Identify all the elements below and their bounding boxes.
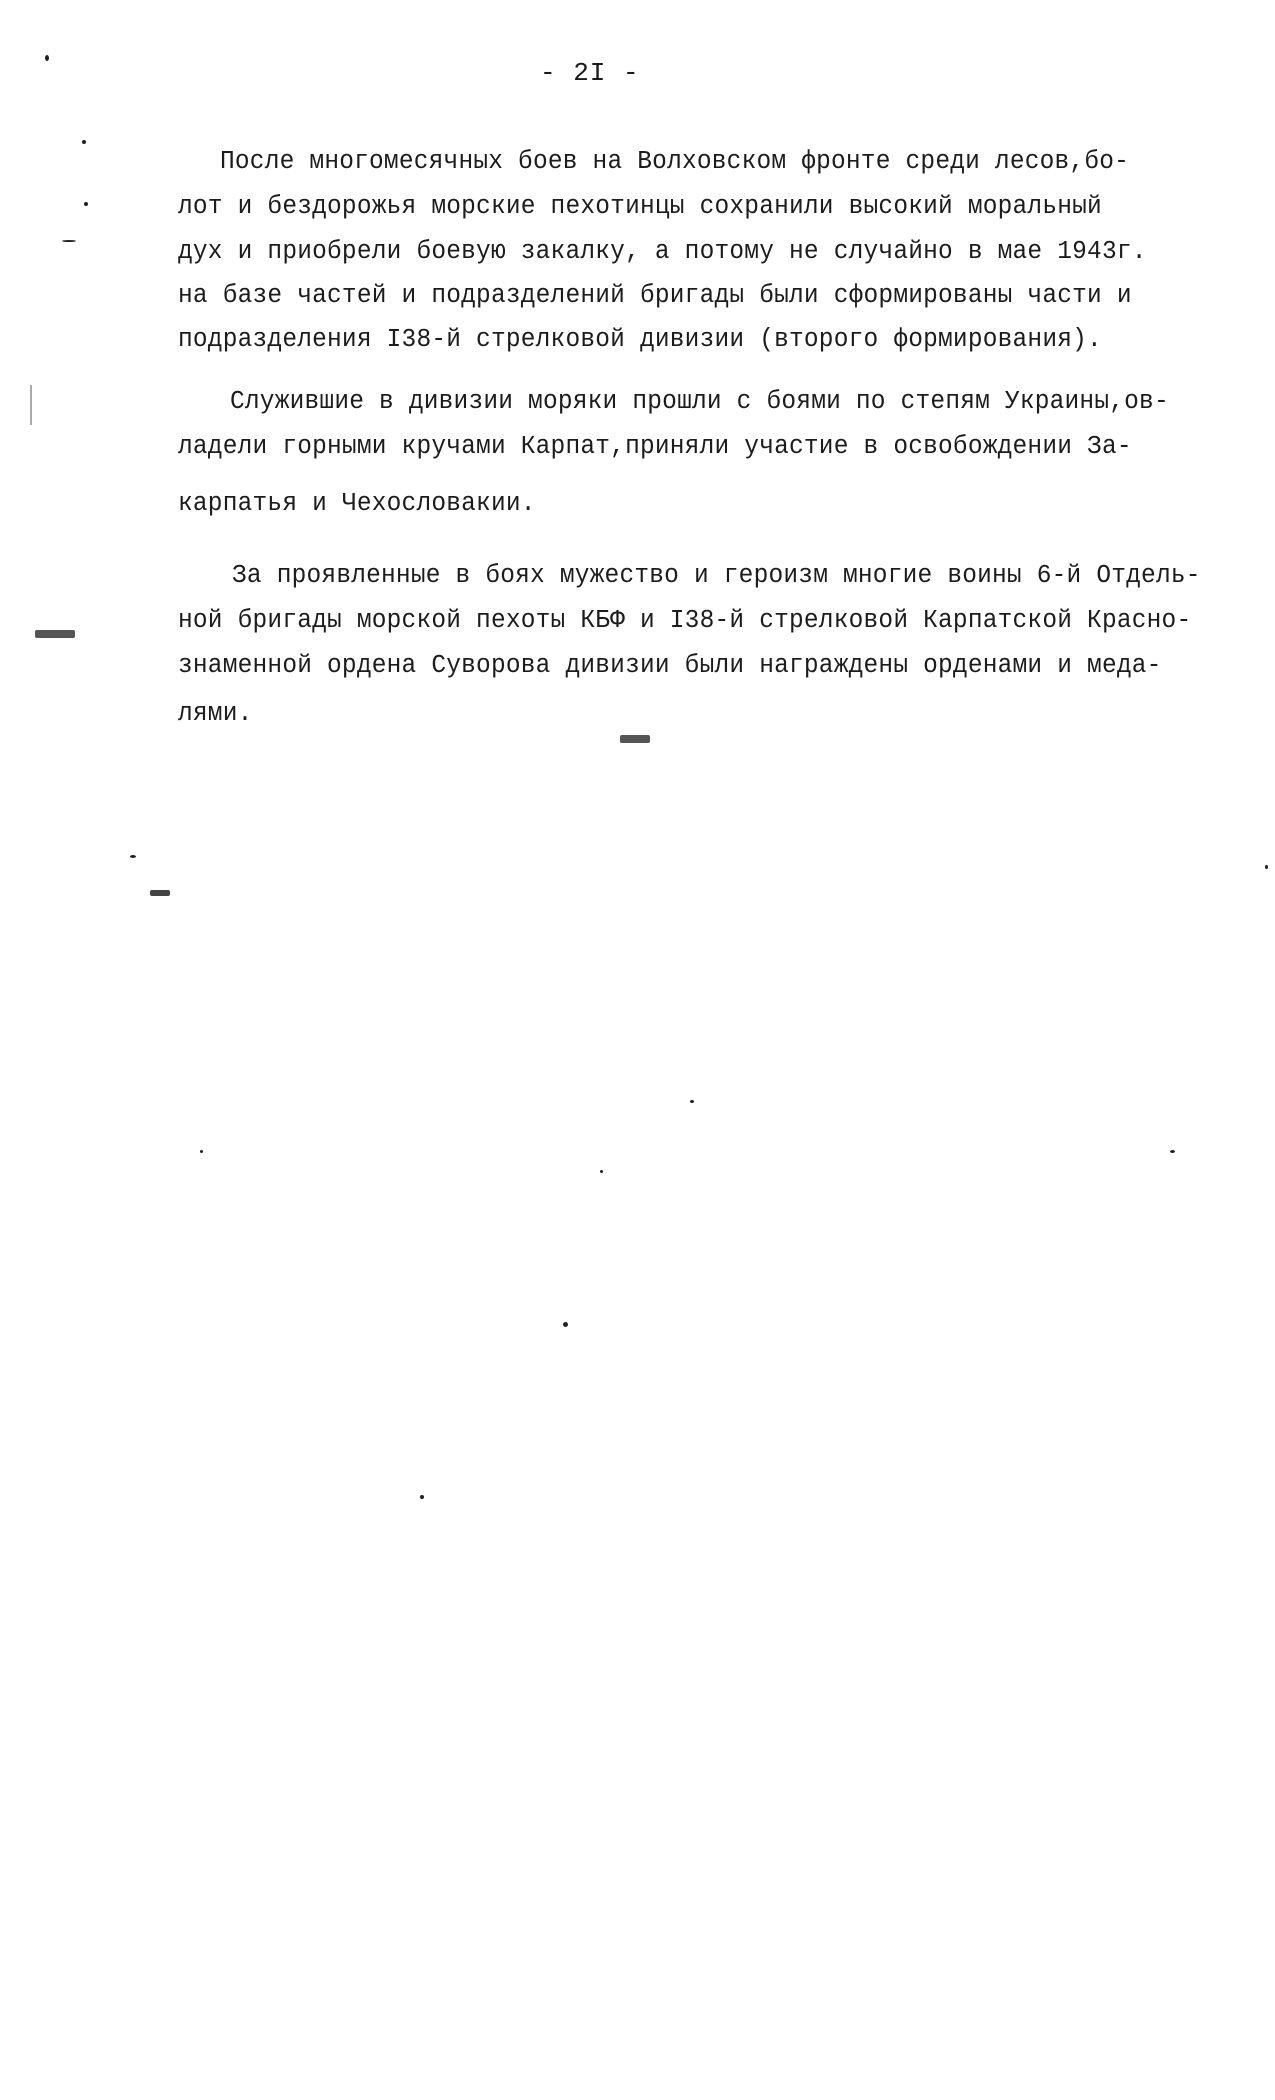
text-line: лот и бездорожья морские пехотинцы сохра… bbox=[178, 193, 1102, 221]
text-line: После многомесячных боев на Волховском ф… bbox=[220, 148, 1129, 176]
text-line: ной бригады морской пехоты КБФ и I38-й с… bbox=[178, 607, 1191, 635]
text-line: За проявленные в боях мужество и героизм… bbox=[232, 562, 1201, 590]
text-line: Служившие в дивизии моряки прошли с боям… bbox=[230, 388, 1169, 416]
text-line: на базе частей и подразделений бригады б… bbox=[178, 282, 1132, 310]
text-line: дух и приобрели боевую закалку, а потому… bbox=[178, 238, 1147, 266]
page-number: - 2I - bbox=[540, 58, 640, 88]
text-line: знаменной ордена Суворова дивизии были н… bbox=[178, 652, 1162, 680]
document-page: - 2I - После многомесячных боев на Волхо… bbox=[0, 0, 1275, 2100]
text-line: ладели горными кручами Карпат,приняли уч… bbox=[178, 433, 1132, 461]
text-line: карпатья и Чехословакии. bbox=[178, 490, 536, 518]
text-line: лями. bbox=[178, 700, 253, 728]
text-line: подразделения I38-й стрелковой дивизии (… bbox=[178, 326, 1102, 354]
